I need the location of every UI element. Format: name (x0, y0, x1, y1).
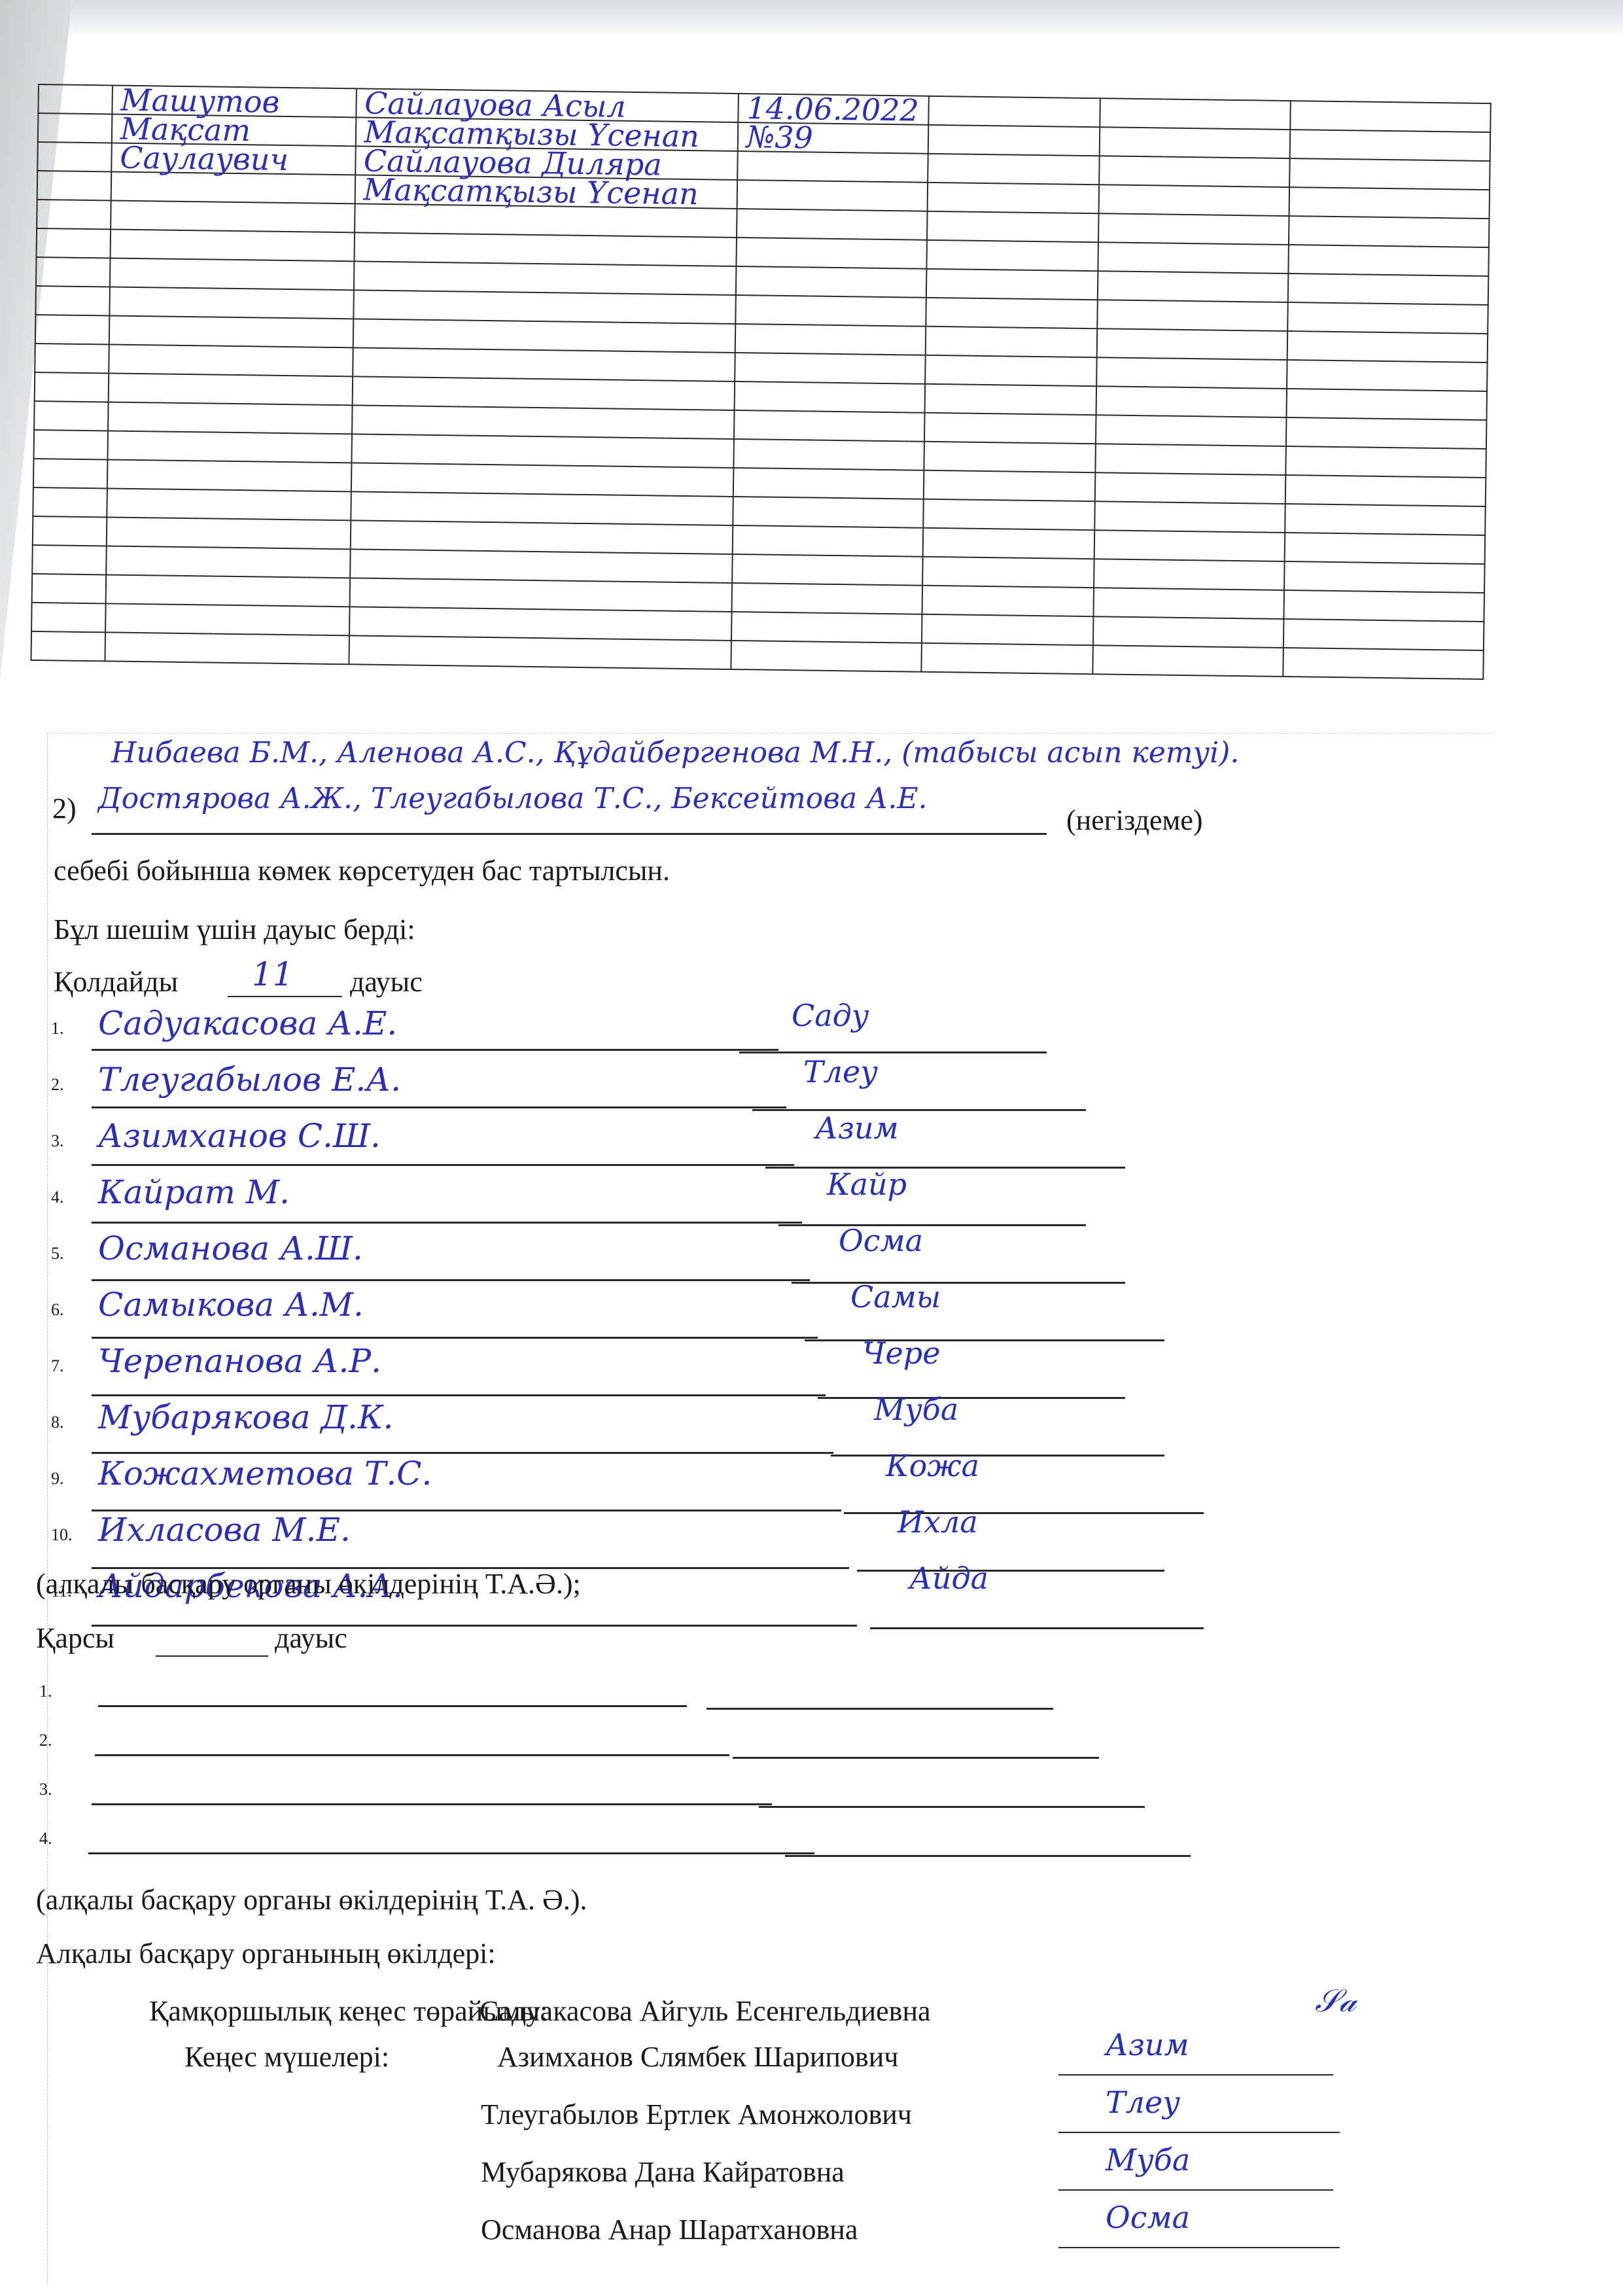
table-cell-c6 (1284, 590, 1484, 622)
voter-signature-line (778, 1224, 1086, 1226)
voter-number: 8. (51, 1413, 64, 1432)
voter-signature: Осма (839, 1223, 923, 1258)
table-cell-c4 (924, 442, 1096, 472)
voter-name: Мубарякова Д.К. (98, 1398, 394, 1436)
table-cell-applicant: Саулаувич (111, 143, 355, 175)
voter-name-line (92, 1337, 818, 1339)
table-cell-family (353, 347, 735, 381)
voter-name-line (92, 1625, 857, 1627)
table-cell-c6 (1285, 475, 1486, 506)
refused-names-line-2: Достярова А.Ж., Тлеугабылова Т.С., Бексе… (98, 782, 927, 815)
table-cell-c6 (1287, 389, 1487, 420)
against-label: Қарсы (36, 1621, 114, 1655)
table-cell-c5 (1097, 328, 1288, 360)
table-cell-c6 (1289, 245, 1489, 276)
table-cell-date (737, 180, 927, 211)
table-cell-no (37, 200, 111, 229)
table-cell-c4 (927, 211, 1099, 242)
table-cell-c4 (923, 499, 1095, 530)
board-member-signature: Осма (1106, 2200, 1190, 2235)
table-cell-date (731, 641, 921, 672)
voter-name-line (92, 1049, 778, 1051)
table-cell-c5 (1098, 271, 1289, 302)
table-cell-c6 (1285, 533, 1485, 564)
reason-text: себебі бойынша көмек көрсетуден бас тарт… (54, 854, 670, 887)
table-cell-date (734, 410, 924, 442)
table-cell-c6 (1287, 331, 1488, 362)
table-cell-no (33, 487, 107, 517)
table-cell-c4 (926, 240, 1098, 271)
table-cell-c4 (922, 586, 1094, 616)
table-cell-family (350, 549, 733, 583)
table-cell-no (32, 574, 106, 603)
voter-number: 1. (51, 1019, 64, 1038)
table-cell-c4 (924, 413, 1096, 444)
table-cell-date (733, 439, 924, 470)
table-cell-c6 (1284, 561, 1484, 593)
voter-name-line (92, 1394, 826, 1396)
voter-number: 10. (51, 1525, 73, 1545)
voter-name: Тлеугабылов Е.А. (98, 1061, 401, 1099)
board-member-signature: Азим (1106, 2027, 1189, 2062)
voter-name: Черепанова А.Р. (98, 1342, 381, 1380)
table-cell-family (352, 376, 735, 410)
table-cell-no (38, 84, 112, 114)
table-cell-no (37, 171, 111, 200)
table-cell-applicant (107, 517, 351, 549)
against-signature-line (707, 1708, 1053, 1710)
table-cell-applicant (106, 546, 350, 578)
table-cell-c4 (921, 643, 1093, 674)
table-cell-no (37, 228, 111, 258)
table-cell-c5 (1095, 472, 1286, 504)
table-cell-applicant (107, 459, 351, 491)
table-cell-c4 (926, 298, 1098, 328)
table-cell-date (735, 353, 925, 384)
table-cell-applicant (108, 373, 352, 405)
table-cell-c6 (1287, 302, 1488, 334)
voter-number: 9. (51, 1469, 64, 1489)
voter-signature-line (818, 1397, 1125, 1399)
table-cell-applicant (107, 431, 351, 463)
table-cell-family: Мақсатқызы Үсенап (355, 175, 737, 209)
board-member-signature-line (1058, 2247, 1340, 2248)
against-signature-line (785, 1855, 1191, 1857)
table-cell-applicant (105, 632, 349, 664)
voter-name: Садуакасова А.Е. (98, 1004, 397, 1042)
table-cell-family (351, 491, 733, 525)
chair-signature: 𝒮𝒶 (1315, 1983, 1357, 2020)
voter-name: Ихласова М.Е. (98, 1511, 351, 1549)
table-cell-c5 (1096, 357, 1287, 389)
table-cell-date (735, 324, 926, 355)
table-cell-c5 (1100, 98, 1291, 130)
table-cell-c6 (1289, 187, 1490, 219)
table-cell-c6 (1283, 648, 1484, 679)
chair-name: Садуакасова Айгуль Есенгельдиевна (480, 1994, 931, 2028)
table-cell-c5 (1094, 559, 1285, 590)
table-cell-date (733, 497, 923, 528)
table-cell-c6 (1289, 158, 1490, 190)
table-cell-c4 (925, 355, 1097, 386)
voter-name-line (92, 1279, 810, 1281)
voter-name-line (92, 1452, 833, 1454)
table-cell-applicant (109, 344, 353, 376)
table-cell-date (737, 151, 928, 183)
table-cell-c5 (1099, 156, 1290, 187)
board-member-name: Тлеугабылов Ертлек Амонжолович (481, 2098, 912, 2131)
table-cell-no (35, 344, 109, 373)
table-cell-applicant (109, 287, 353, 319)
table-cell-c5 (1098, 213, 1289, 245)
item-number: 2) (52, 792, 77, 825)
voter-signature-line (739, 1051, 1047, 1053)
voter-signature-line (765, 1167, 1125, 1169)
table-cell-family (354, 232, 737, 266)
table-cell-c4 (922, 528, 1094, 559)
table-cell-family (353, 261, 736, 295)
table-cell-applicant (109, 315, 353, 347)
table-cell-c6 (1289, 216, 1489, 247)
against-number: 2. (39, 1731, 52, 1750)
table-cell-date (736, 266, 926, 298)
table-cell-applicant (110, 258, 354, 290)
board-member-signature: Тлеу (1106, 2085, 1180, 2120)
table-cell-no (33, 516, 107, 546)
table-cell-c5 (1097, 300, 1288, 331)
against-signature-line (733, 1757, 1099, 1759)
table-cell-no (31, 603, 105, 632)
table-cell-c5 (1094, 530, 1285, 561)
against-name-line (95, 1754, 729, 1756)
table-cell-family (349, 635, 731, 669)
table-cell-family (350, 520, 733, 554)
table-cell-date (733, 468, 924, 499)
table-cell-c5 (1092, 645, 1283, 677)
voter-signature-line (805, 1339, 1164, 1341)
table-cell-c4 (928, 154, 1100, 185)
table-cell-no (32, 545, 106, 574)
voter-signature: Муба (874, 1392, 958, 1427)
voter-signature-line (831, 1455, 1164, 1457)
voter-signature: Айда (909, 1561, 988, 1596)
against-votes-label: дауыс (275, 1621, 347, 1655)
against-number: 4. (39, 1829, 52, 1848)
voter-name: Кожахметова Т.С. (98, 1455, 432, 1492)
voter-number: 6. (51, 1300, 64, 1320)
against-name-line (98, 1705, 687, 1707)
voter-signature-line (857, 1570, 1164, 1572)
table-cell-no (31, 631, 105, 661)
voter-number: 2. (51, 1075, 64, 1095)
table-cell-family (353, 290, 736, 324)
table-cell-date (732, 554, 922, 586)
table-cell-c5 (1094, 501, 1285, 533)
table-cell-family (349, 578, 732, 612)
voter-signature-line (792, 1282, 1125, 1284)
against-count-line (156, 1655, 268, 1657)
table-cell-c6 (1288, 274, 1488, 305)
voter-number: 5. (51, 1244, 64, 1263)
voter-name: Кайрат М. (98, 1173, 290, 1211)
voter-number: 7. (51, 1356, 64, 1376)
board-member-name: Мубарякова Дана Кайратовна (481, 2155, 845, 2189)
table-cell-c4 (925, 327, 1097, 357)
table-cell-c5 (1095, 444, 1286, 475)
table-cell-date (735, 295, 926, 327)
members-label: Кеңес мүшелері: (184, 2040, 389, 2074)
voter-signature: Самы (850, 1279, 941, 1315)
table-cell-family (352, 405, 735, 439)
voter-signature: Тлеу (803, 1054, 878, 1089)
board-member-signature: Муба (1106, 2142, 1190, 2178)
table-cell-c5 (1099, 185, 1290, 216)
table-cell-family (353, 319, 735, 353)
voter-name: Азимханов С.Ш. (98, 1117, 381, 1155)
against-number: 1. (39, 1682, 52, 1701)
table-cell-no (35, 315, 109, 344)
table-cell-date (731, 583, 922, 614)
voter-signature-line (870, 1627, 1204, 1629)
table-cell-c6 (1283, 619, 1484, 650)
for-count: 11 (252, 955, 294, 993)
table-cell-no (33, 459, 107, 488)
table-cell-c6 (1291, 101, 1491, 132)
table-cell-no (37, 142, 111, 171)
table-cell-family (351, 434, 734, 468)
table-cell-c4 (924, 384, 1096, 415)
against-number: 3. (39, 1780, 52, 1799)
table-cell-c6 (1285, 504, 1485, 535)
basis-label: (негіздеме) (1066, 804, 1203, 837)
table-cell-applicant (108, 402, 352, 434)
scan-shadow (0, 0, 1623, 39)
table-cell-no (36, 257, 110, 287)
voter-signature: Ихла (898, 1504, 978, 1540)
board-member-signature-line (1058, 2074, 1333, 2075)
table-cell-c6 (1287, 360, 1487, 391)
table-cell-c4 (926, 269, 1098, 300)
table-cell-c4 (922, 557, 1094, 588)
table-cell-no (33, 430, 107, 459)
voter-signature-line (752, 1109, 1086, 1111)
against-name-line (92, 1803, 772, 1805)
table-cell-date (732, 525, 922, 557)
voter-signature: Кайр (827, 1167, 907, 1202)
table-cell-applicant (107, 488, 351, 520)
voter-number: 3. (51, 1131, 64, 1151)
table-cell-c4 (928, 96, 1100, 127)
table-cell-no (34, 401, 108, 431)
applicants-table: МашутовСайлауова Асыл14.06.2022МақсатМақ… (30, 84, 1491, 680)
board-member-name: Османова Анар Шаратхановна (481, 2213, 858, 2246)
board-member-signature-line (1058, 2189, 1333, 2191)
voter-number: 4. (51, 1188, 64, 1207)
table-cell-c5 (1093, 616, 1284, 648)
voter-signature: Кожа (886, 1448, 979, 1483)
voter-name-line (92, 1222, 802, 1224)
for-votes-label: дауыс (350, 965, 423, 998)
table-cell-no (38, 113, 112, 143)
table-cell-date (731, 612, 922, 643)
fio-note-for: (алқалы басқару органы өкілдерінің Т.А.Ә… (36, 1567, 581, 1600)
against-signature-line (759, 1806, 1145, 1808)
voter-signature: Саду (792, 998, 869, 1033)
table-cell-date (737, 209, 927, 240)
voter-name: Османова А.Ш. (98, 1229, 363, 1267)
table-cell-c6 (1286, 417, 1486, 449)
table-cell-applicant (110, 229, 354, 261)
table-cell-applicant (111, 200, 355, 232)
table-cell-date (736, 238, 926, 269)
table-cell-c5 (1096, 415, 1287, 446)
table-cell-c5 (1100, 127, 1291, 158)
table-cell-c4 (924, 470, 1096, 501)
table-cell-applicant (105, 574, 349, 607)
voter-signature: Азим (815, 1110, 899, 1146)
table-cell-c6 (1290, 130, 1490, 161)
basis-line (92, 833, 1047, 835)
table-cell-c4 (927, 183, 1099, 213)
voter-name-line (92, 1164, 794, 1166)
voter-name: Самыкова А.М. (98, 1286, 364, 1324)
table-cell-date (734, 381, 924, 413)
refused-names-line-1: Нибаева Б.М., Аленова А.С., Құдайбергено… (111, 736, 1239, 769)
table-cell-c4 (928, 125, 1100, 156)
table-cell-c5 (1098, 242, 1289, 274)
table-cell-c5 (1096, 386, 1287, 417)
table-cell-family (351, 463, 733, 497)
table-cell-no (35, 372, 109, 402)
table-cell-applicant (105, 603, 349, 635)
table-cell-family (349, 607, 732, 641)
for-label: Қолдайды (54, 965, 178, 998)
voter-signature: Чере (862, 1335, 940, 1371)
against-name-line (88, 1852, 814, 1854)
board-heading: Алқалы басқару органының өкілдері: (36, 1937, 496, 1970)
table-cell-c5 (1094, 588, 1285, 619)
board-member-name: Азимханов Слямбек Шарипович (497, 2040, 898, 2074)
vote-intro: Бұл шешім үшін дауыс берді: (54, 913, 415, 946)
board-member-signature-line (1058, 2132, 1340, 2133)
for-count-line (228, 996, 342, 997)
voter-name-line (92, 1106, 786, 1108)
table-cell-c6 (1286, 446, 1486, 478)
table-cell-c4 (922, 614, 1094, 645)
fio-note-against: (алқалы басқару органы өкілдерінің Т.А. … (36, 1883, 587, 1916)
table-cell-no (35, 286, 109, 315)
